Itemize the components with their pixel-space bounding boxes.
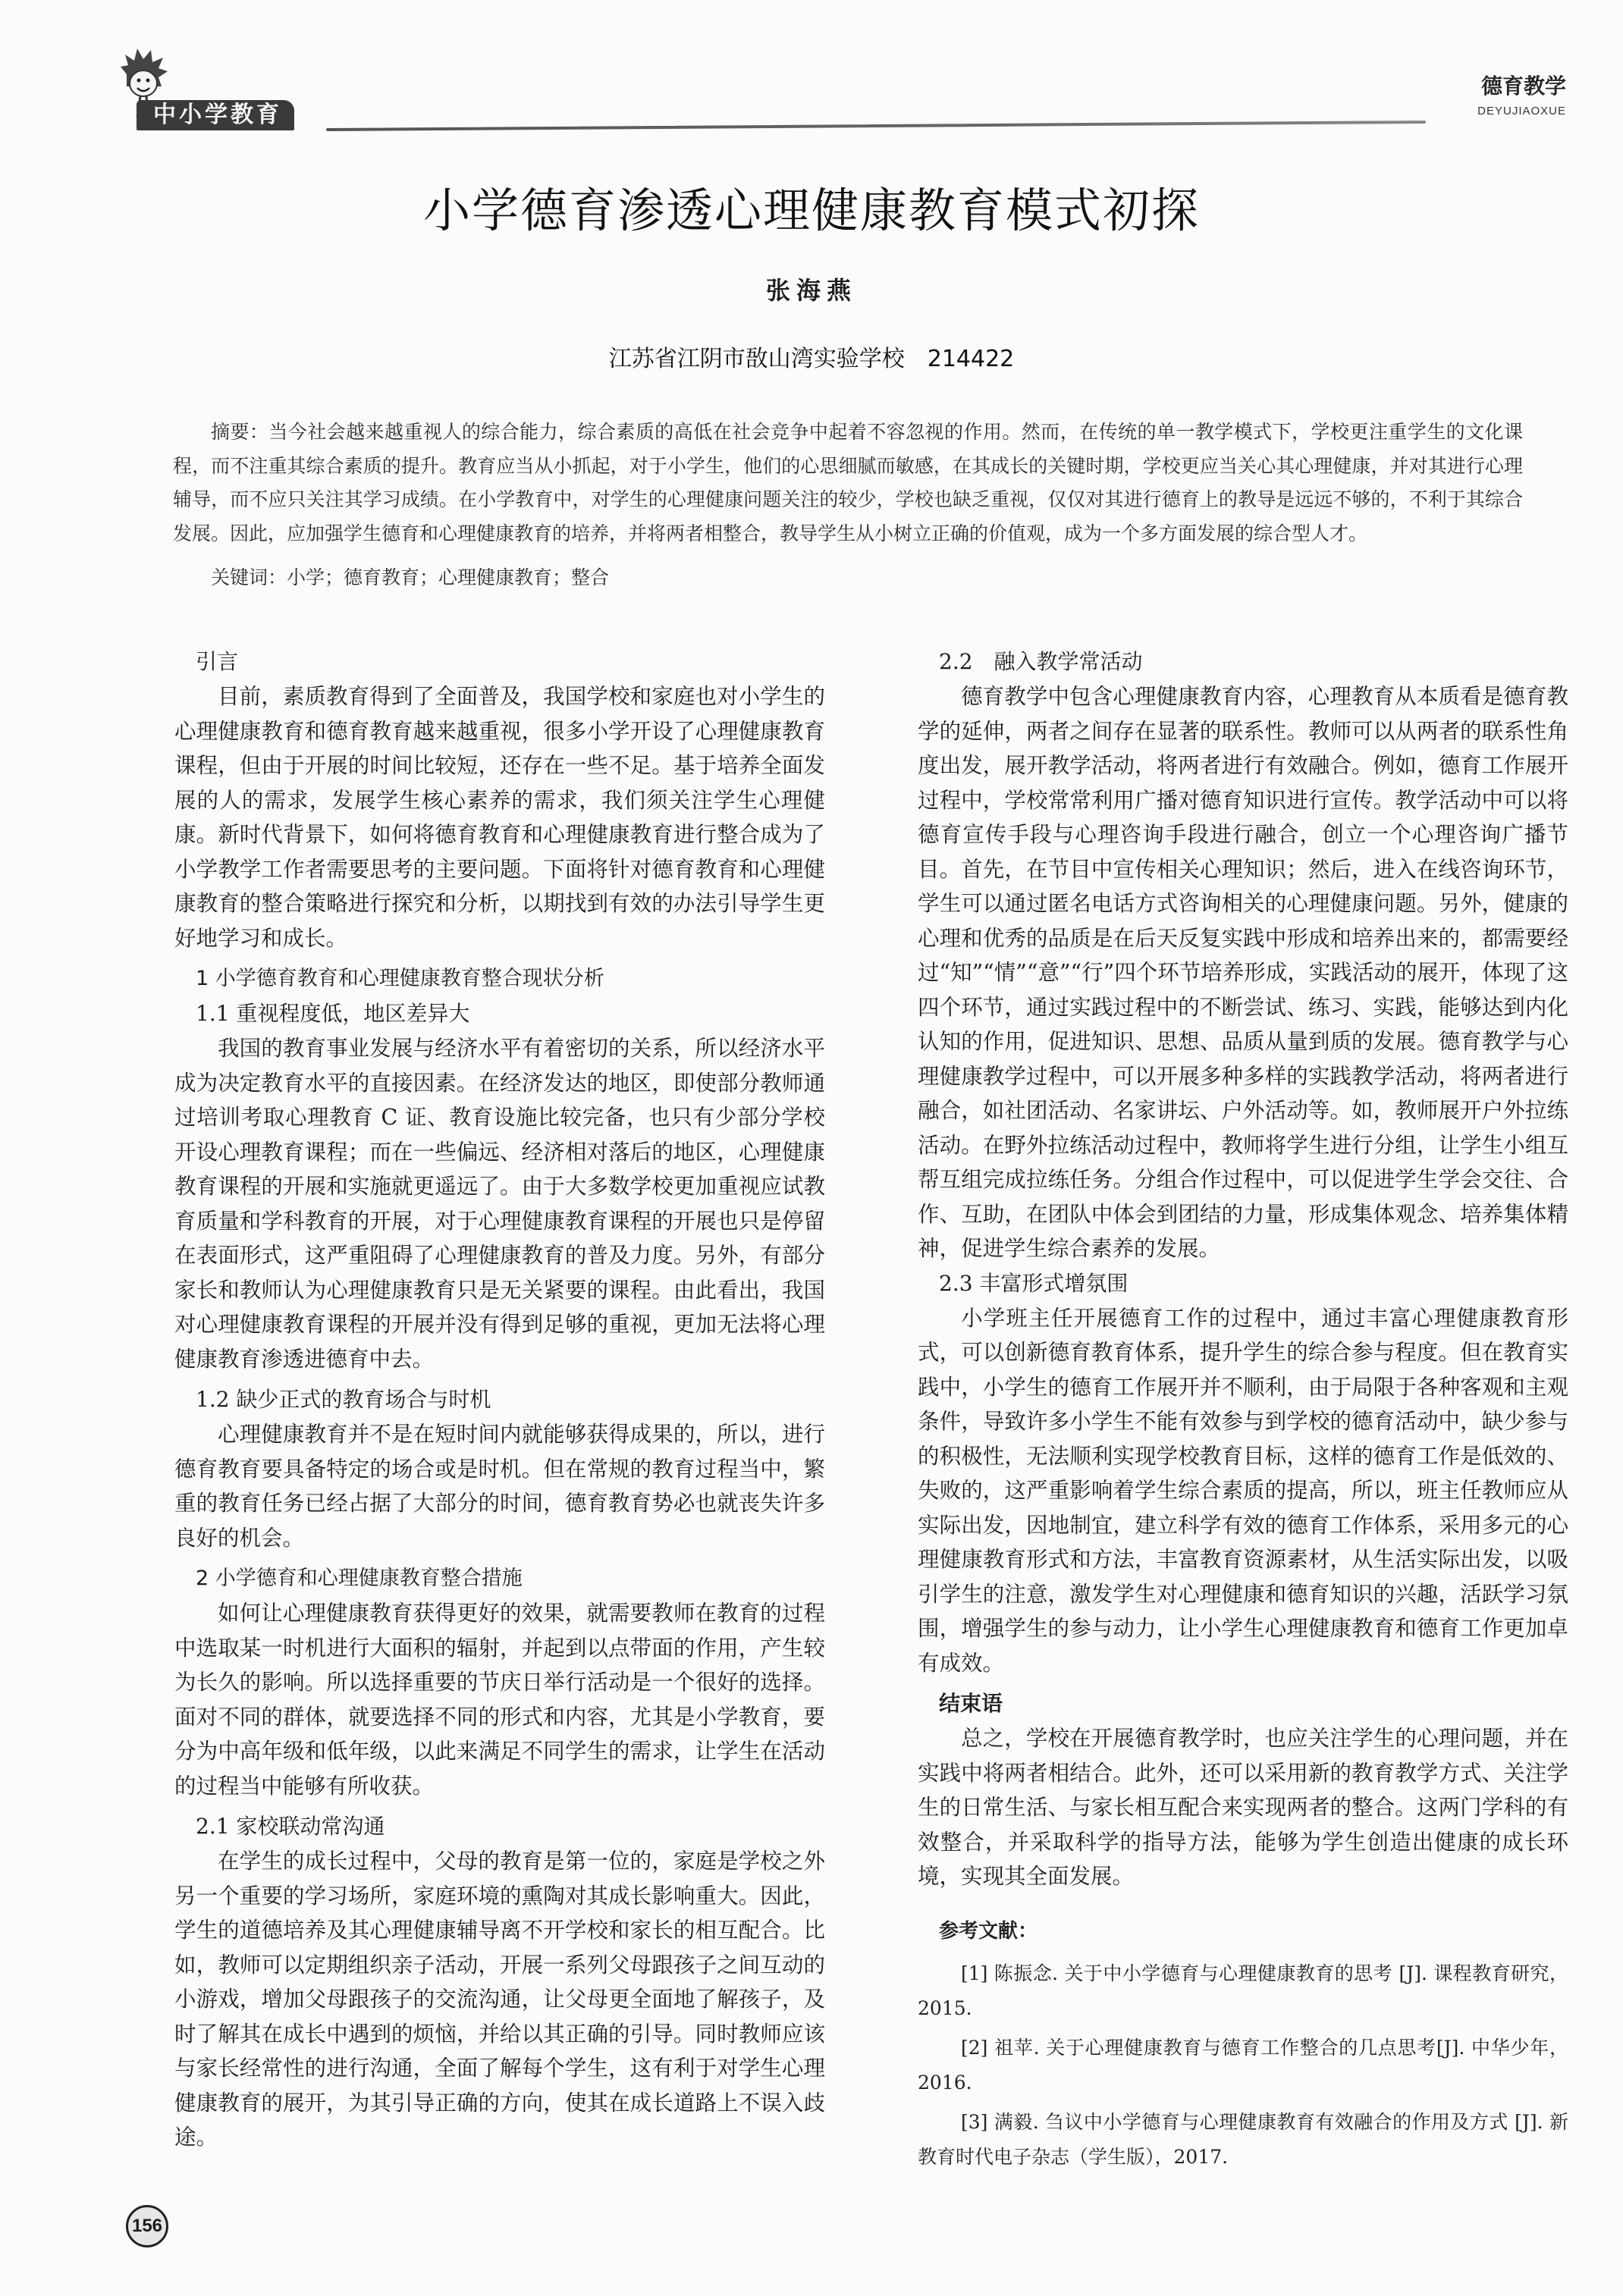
paragraph: 总之，学校在开展德育教学时，也应关注学生的心理问题，并在实践中将两者相结合。此外… [918,1721,1568,1894]
abstract-text: 摘要：当今社会越来越重视人的综合能力，综合素质的高低在社会竞争中起着不容忽视的作… [173,416,1523,550]
header-rule [326,121,1426,131]
references-heading: 参考文献： [939,1914,1568,1949]
heading-section-2-1: 2.1 家校联动常沟通 [174,1809,825,1844]
journal-logo: 中小学教育 [102,44,330,133]
paragraph: 如何让心理健康教育获得更好的效果，就需要教师在教育的过程中选取某一时机进行大面积… [174,1596,825,1803]
paragraph: 德育教学中包含心理健康教育内容，心理教育从本质看是德育教学的延伸，两者之间存在显… [918,679,1568,1266]
section-name-cn: 德育教学 [1477,70,1566,100]
heading-section-2-3: 2.3 丰富形式增氛围 [918,1266,1568,1301]
reference-item: [1] 陈振念. 关于中小学德育与心理健康教育的思考 [J]. 课程教育研究，2… [918,1956,1568,2026]
paragraph: 目前，素质教育得到了全面普及，我国学校和家庭也对小学生的心理健康教育和德育教育越… [174,679,825,955]
heading-section-1-1: 1.1 重视程度低，地区差异大 [174,996,825,1031]
section-label: 德育教学 DEYUJIAOXUE [1477,70,1566,118]
reference-item: [2] 祖苹. 关于心理健康教育与德育工作整合的几点思考[J]. 中华少年，20… [918,2031,1568,2100]
paragraph: 心理健康教育并不是在短时间内就能够获得成果的，所以，进行德育教育要具备特定的场合… [174,1417,825,1555]
keywords: 关键词：小学；德育教育；心理健康教育；整合 [173,561,1523,595]
paragraph: 我国的教育事业发展与经济水平有着密切的关系，所以经济水平成为决定教育水平的直接因… [174,1031,825,1376]
paragraph: 在学生的成长过程中，父母的教育是第一位的，家庭是学校之外另一个重要的学习场所，家… [174,1844,825,2155]
heading-section-1: 1 小学德育教育和心理健康教育整合现状分析 [174,961,825,996]
page-number: 156 [126,2205,168,2247]
article-author: 张海燕 [0,271,1623,306]
heading-intro: 引言 [174,645,825,679]
reference-item: [3] 满毅. 刍议中小学德育与心理健康教育有效融合的作用及方式 [J]. 新教… [918,2105,1568,2175]
references: 参考文献： [1] 陈振念. 关于中小学德育与心理健康教育的思考 [J]. 课程… [918,1914,1568,2175]
heading-section-1-2: 1.2 缺少正式的教育场合与时机 [174,1382,825,1417]
paragraph: 小学班主任开展德育工作的过程中，通过丰富心理健康教育形式，可以创新德育教育体系，… [918,1301,1568,1681]
heading-section-2-2: 2.2 融入教学常活动 [918,645,1568,679]
author-affiliation: 江苏省江阴市敔山湾实验学校 214422 [0,340,1623,373]
journal-name: 中小学教育 [137,100,294,130]
heading-section-2: 2 小学德育和心理健康教育整合措施 [174,1561,825,1596]
article-title: 小学德育渗透心理健康教育模式初探 [0,173,1623,240]
abstract-block: 摘要：当今社会越来越重视人的综合能力，综合素质的高低在社会竞争中起着不容忽视的作… [173,416,1523,595]
right-column: 2.2 融入教学常活动 德育教学中包含心理健康教育内容，心理教育从本质看是德育教… [918,645,1568,2179]
left-column: 引言 目前，素质教育得到了全面普及，我国学校和家庭也对小学生的心理健康教育和德育… [174,645,825,2155]
section-name-en: DEYUJIAOXUE [1477,105,1566,118]
heading-conclusion: 结束语 [918,1686,1568,1721]
